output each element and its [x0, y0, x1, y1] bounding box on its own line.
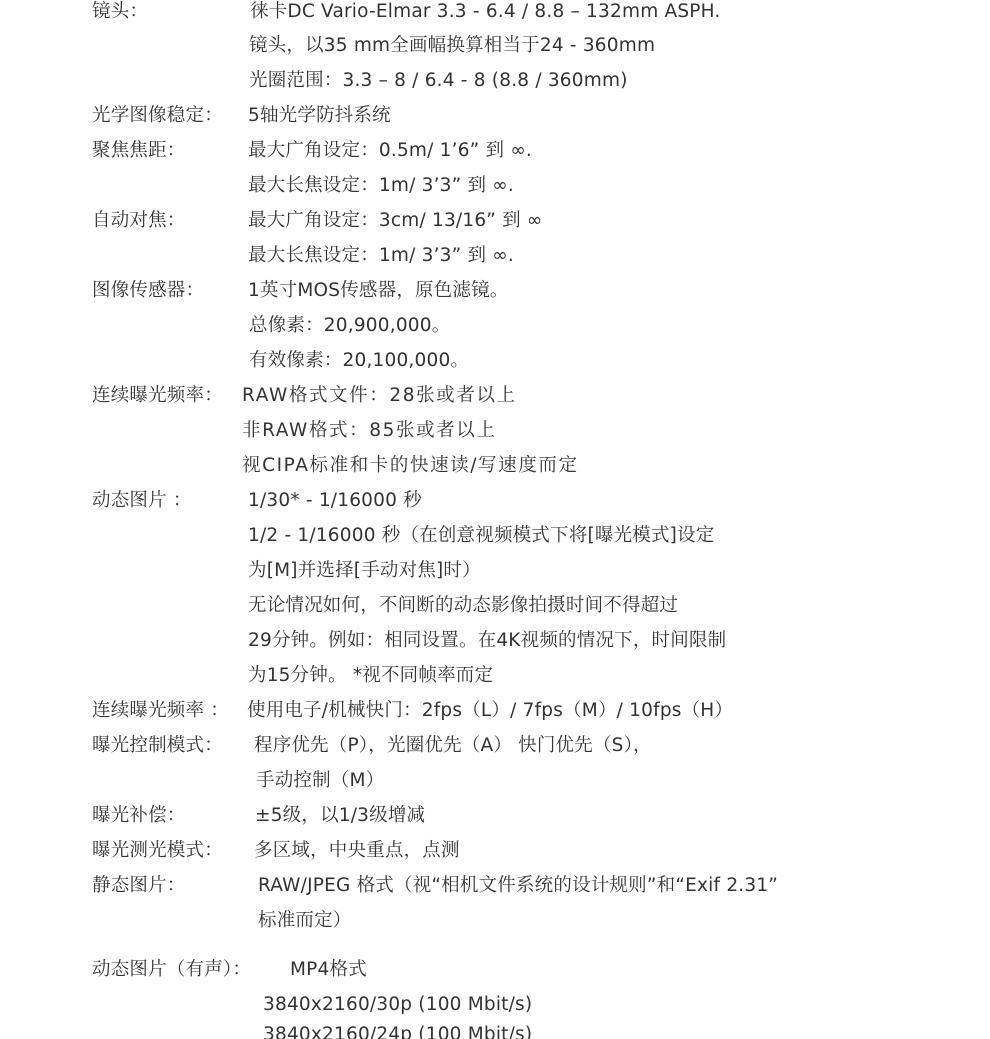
spec-value-autofocus-line-1: 最大广角设定：3cm/ 13/16” 到 ∞ [248, 209, 543, 233]
spec-value-burst-buffer-line-3: 视CIPA标准和卡的快速读/写速度而定 [242, 454, 579, 478]
spec-value-lens-line-1: 徕卡DC Vario-Elmar 3.3 - 6.4 / 8.8 – 132mm… [250, 0, 721, 24]
spec-label-exposure-modes: 曝光控制模式： [92, 734, 223, 758]
spec-label-burst-rate: 连续曝光频率 ： [92, 699, 229, 723]
spec-label-still-format: 静态图片： [92, 874, 186, 898]
spec-value-still-format-line-1: RAW/JPEG 格式（视“相机文件系统的设计规则”和“Exif 2.31” [258, 874, 778, 898]
spec-value-movie-shutter-line-4: 无论情况如何，不间断的动态影像拍摄时间不得超过 [248, 594, 678, 618]
spec-value-burst-buffer-line-1: RAW格式文件：28张或者以上 [242, 384, 517, 408]
spec-value-autofocus-line-2: 最大长焦设定：1m/ 3’3” 到 ∞. [248, 244, 514, 268]
spec-label-stabilization: 光学图像稳定： [92, 104, 223, 128]
spec-value-movie-shutter-line-6: 为15分钟。 *视不同帧率而定 [248, 664, 493, 688]
spec-value-movie-shutter-line-3: 为[M]并选择[手动对焦]时） [248, 559, 481, 583]
spec-value-focus-range-line-1: 最大广角设定：0.5m/ 1’6” 到 ∞. [248, 139, 532, 163]
spec-label-movie-shutter: 动态图片 ： [92, 489, 192, 513]
spec-label-burst-buffer: 连续曝光频率： [92, 384, 223, 408]
spec-value-movie-shutter-line-2: 1/2 - 1/16000 秒（在创意视频模式下将[曝光模式]设定 [248, 524, 714, 548]
spec-value-movie-shutter-line-5: 29分钟。例如：相同设置。在4K视频的情况下，时间限制 [248, 629, 726, 653]
spec-value-lens-line-3: 光圈范围：3.3 – 8 / 6.4 - 8 (8.8 / 360mm) [249, 69, 628, 93]
spec-label-metering: 曝光测光模式： [92, 839, 223, 863]
spec-value-still-format-line-2: 标准而定） [258, 909, 352, 933]
spec-value-sensor-line-3: 有效像素：20,100,000。 [249, 349, 469, 373]
spec-label-sensor: 图像传感器： [92, 279, 204, 303]
spec-label-focus-range: 聚焦焦距： [92, 139, 186, 163]
spec-value-lens-line-2: 镜头，以35 mm全画幅换算相当于24 - 360mm [249, 34, 655, 58]
spec-value-focus-range-line-2: 最大长焦设定：1m/ 3’3” 到 ∞. [248, 174, 514, 198]
spec-value-burst-rate: 使用电子/机械快门：2fps（L）/ 7fps（M）/ 10fps（H） [247, 699, 733, 723]
spec-value-exposure-comp: ±5级，以1/3级增减 [255, 804, 425, 828]
spec-label-lens: 镜头： [92, 0, 148, 24]
spec-value-movie-format-line-1: MP4格式 [290, 958, 367, 982]
spec-label-exposure-comp: 曝光补偿： [92, 804, 186, 828]
spec-value-sensor-line-2: 总像素：20,900,000。 [249, 314, 450, 338]
spec-label-movie-format: 动态图片（有声）： [92, 958, 251, 982]
spec-label-autofocus: 自动对焦： [92, 209, 186, 233]
spec-value-burst-buffer-line-2: 非RAW格式：85张或者以上 [242, 419, 496, 443]
spec-value-sensor-line-1: 1英寸MOS传感器，原色滤镜。 [248, 279, 509, 303]
spec-value-metering: 多区域，中央重点，点测 [254, 839, 460, 863]
spec-value-movie-format-line-3: 3840x2160/24p (100 Mbit/s) [263, 1023, 532, 1039]
spec-value-movie-format-line-2: 3840x2160/30p (100 Mbit/s) [263, 993, 532, 1017]
spec-value-stabilization: 5轴光学防抖系统 [248, 104, 391, 128]
spec-value-movie-shutter-line-1: 1/30* - 1/16000 秒 [248, 489, 422, 513]
spec-value-exposure-modes-line-1: 程序优先（P），光圈优先（A） 快门优先（S）， [254, 734, 652, 758]
spec-value-exposure-modes-line-2: 手动控制（M） [256, 769, 384, 793]
